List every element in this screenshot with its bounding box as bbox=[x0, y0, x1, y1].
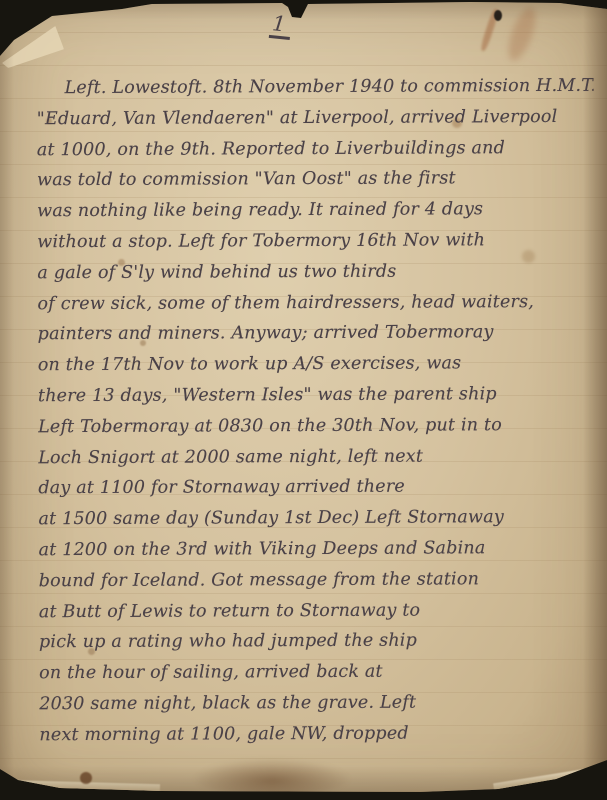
text-line: a gale of S'ly wind behind us two thirds bbox=[37, 256, 594, 289]
text-line: on the hour of sailing, arrived back at bbox=[39, 656, 596, 689]
page-number: 1 bbox=[269, 13, 293, 40]
pin-hole bbox=[494, 10, 502, 21]
text-line: was told to commission "Van Oost" as the… bbox=[37, 163, 594, 196]
torn-corner-fold bbox=[2, 26, 64, 68]
text-line: at 1000, on the 9th. Reported to Liverbu… bbox=[37, 132, 594, 165]
smudge-stain bbox=[192, 758, 352, 796]
text-line: at 1200 on the 3rd with Viking Deeps and… bbox=[39, 533, 596, 566]
text-line: painters and miners. Anyway; arrived Tob… bbox=[38, 317, 595, 350]
paper-page: 1 Left. Lowestoft. 8th November 1940 to … bbox=[0, 0, 607, 800]
text-line: at 1500 same day (Sunday 1st Dec) Left S… bbox=[38, 502, 595, 535]
text-line: bound for Iceland. Got message from the … bbox=[39, 564, 596, 597]
handwritten-text: Left. Lowestoft. 8th November 1940 to co… bbox=[37, 71, 597, 751]
text-line: Left Tobermoray at 0830 on the 30th Nov,… bbox=[38, 410, 595, 443]
text-line: at Butt of Lewis to return to Stornaway … bbox=[39, 594, 596, 627]
text-line: Loch Snigort at 2000 same night, left ne… bbox=[38, 440, 595, 473]
photo-background: 1 Left. Lowestoft. 8th November 1940 to … bbox=[0, 0, 607, 800]
text-line: Left. Lowestoft. 8th November 1940 to co… bbox=[37, 71, 594, 104]
rust-stain bbox=[479, 8, 499, 52]
text-line: there 13 days, "Western Isles" was the p… bbox=[38, 379, 595, 412]
bottom-right-edge-curl bbox=[493, 765, 607, 792]
text-line: without a stop. Left for Tobermory 16th … bbox=[37, 225, 594, 258]
text-line: "Eduard, Van Vlendaeren" at Liverpool, a… bbox=[37, 102, 594, 135]
text-line: pick up a rating who had jumped the ship bbox=[39, 625, 596, 658]
text-line: next morning at 1100, gale NW, dropped bbox=[39, 718, 596, 751]
text-line: 2030 same night, black as the grave. Lef… bbox=[39, 687, 596, 720]
text-line: was nothing like being ready. It rained … bbox=[37, 194, 594, 227]
bottom-left-edge-curl bbox=[0, 780, 160, 793]
rust-stain bbox=[503, 4, 541, 63]
text-line: of crew sick, some of them hairdressers,… bbox=[37, 286, 594, 319]
text-line: day at 1100 for Stornaway arrived there bbox=[38, 471, 595, 504]
text-line: on the 17th Nov to work up A/S exercises… bbox=[38, 348, 595, 381]
